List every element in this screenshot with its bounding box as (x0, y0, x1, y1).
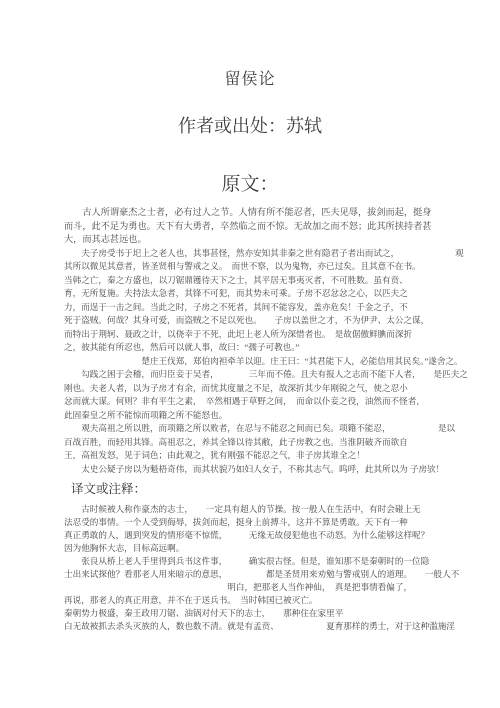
original-text-line: 古人所谓豪杰之士者，必有过人之节。人情有所不能忍者，匹夫见辱，拔剑而起，挺身 (64, 206, 500, 220)
original-text-line: 楚庄王伐郑，郑伯肉袒牵羊以迎。庄王曰：“其君能下人，必能信用其民矣。”遂舍之。 (64, 355, 500, 369)
translation-text-line: 明白，把那老人当作神仙， 真是把事情看偏了， (64, 581, 500, 594)
translation-section-heading: 译文或注释： (71, 479, 146, 497)
original-text-line: 当韩之亡，秦之方盛也，以刀锯鼎镬待天下之士，其平居无事夷灭者，不可胜数。虽有贲、 (64, 274, 500, 288)
original-text-line: 死于盗贼。何哉？其身可爱，而盗贼之不足以死也。 子房以盖世之才，不为伊尹、太公之… (64, 314, 500, 328)
translation-text-block: 古时候被人称作豪杰的志士， 一定具有超人的节操。按一般人在生活中，有时会碰上无 … (64, 503, 500, 633)
author-byline: 作者或出处：苏轼 (0, 112, 500, 138)
translation-text-line: 张良从桥上老人手里得到兵书这件事， 确实很古怪。但是，谁知那不是秦朝时的一位隐 (64, 555, 500, 568)
translation-text-line: 再说，那老人的真正用意，并不在于送兵书。 当时韩国已被灭亡。 (64, 594, 500, 607)
original-text-line: 刚也。夫老人者，以为子房才有余，而忧其度量之不足，故深折其少年刚锐之气，使之忍小 (64, 382, 500, 396)
original-text-line: 力，而逞于一击之间。当此之时，子房之不死者，其间不能容发，盖亦危矣！千金之子，不 (64, 301, 500, 315)
page-title: 留侯论 (0, 66, 500, 89)
original-section-heading: 原文： (0, 169, 500, 196)
original-text-block: 古人所谓豪杰之士者，必有过人之节。人情有所不能忍者，匹夫见辱，拔剑而起，挺身 而… (64, 206, 500, 476)
original-text-line: 之，彼其能有所忍也，然后可以就人事，故曰：“孺子可教也。” (64, 341, 500, 355)
original-text-line: 大，而其志甚远也。 (64, 233, 500, 247)
document-page: 留侯论 作者或出处：苏轼 原文： 古人所谓豪杰之士者，必有过人之节。人情有所不能… (0, 0, 500, 708)
original-text-line: 育，无所复施。夫持法太急者，其锋不可犯，而其势未可乘。子房不忍忿忿之心，以匹夫之 (64, 287, 500, 301)
translation-text-line: 真正勇敢的人，遇到突发的情形毫不惊慌， 无缘无故侵犯他也不动怒。为什么能够这样呢… (64, 529, 500, 542)
translation-text-line: 因为他胸怀大志，目标高远啊。 (64, 542, 500, 555)
translation-text-line: 士出来试探他？看那老人用来暗示的意思， 都是圣贤用来劝勉与警戒别人的道理。 一般… (64, 568, 500, 581)
translation-text-line: 古时候被人称作豪杰的志士， 一定具有超人的节操。按一般人在生活中，有时会碰上无 (64, 503, 500, 516)
original-text-line: 而斗，此不足为勇也。天下有大勇者，卒然临之而不惊。无故加之而不怒；此其所挟持者甚 (64, 220, 500, 234)
translation-text-line: 秦朝势力极盛，秦王政用刀锯、油锅对付天下的志士， 那种住在家里平 (64, 607, 500, 620)
original-text-line: 夫子房受书于圯上之老人也，其事甚怪，然亦安知其非秦之世有隐君子者出而试之， 观 (64, 247, 500, 261)
translation-text-line: 法忍受的事情。一个人受到侮辱，拔剑而起，挺身上前搏斗，这并不算是勇敢。天下有一种 (64, 516, 500, 529)
original-text-line: 此固秦皇之所不能惊而项籍之所不能怒也。 (64, 409, 500, 423)
original-text-line: 太史公疑子房以为魁梧奇伟，而其状貌乃如妇人女子，不称其志气。呜呼，此其所以为 子… (64, 463, 500, 477)
translation-text-line: 白无故被抓去杀头灭族的人，数也数不清。就是有孟贲、 夏育那样的勇士，对于这种滥施… (64, 620, 500, 633)
original-text-line: 百战百胜，而轻用其锋。高祖忍之，养其全锋以待其敝，此子房教之也。当淮阴破齐而欲自 (64, 436, 500, 450)
original-text-line: 观夫高祖之所以胜，而项籍之所以败者，在忍与不能忍之间而已矣。项籍不能忍， 是以 (64, 422, 500, 436)
original-text-line: 王，高祖发怒，见于词色；由此观之，犹有刚强不能忍之气，非子房其谁全之！ (64, 449, 500, 463)
original-text-line: 其所以微见其意者，皆圣贤相与警戒之义。 而世不察，以为鬼物，亦已过矣。且其意不在… (64, 260, 500, 274)
original-text-line: 忿而就大谋。何则？非有平生之素， 卒然相遇于草野之间， 而命以仆妾之役，油然而不… (64, 395, 500, 409)
original-text-line: 而特出于荆轲、聂政之计，以侥幸于不死，此圯上老人所为深惜者也。 是故倨傲鲜腆而深… (64, 328, 500, 342)
original-text-line: 勾践之困于会稽，而归臣妾于吴者， 三年而不倦。且夫有报人之志而不能下人者， 是匹… (64, 368, 500, 382)
